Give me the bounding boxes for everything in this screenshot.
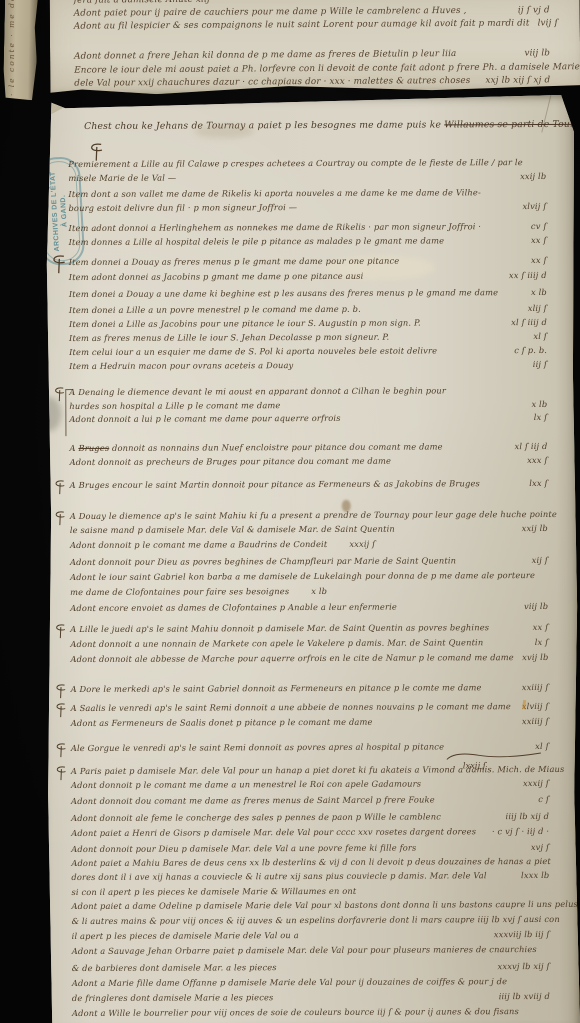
entry-text: Adont donnoit p le comant me dame a un m… [71,779,421,791]
paragraph-mark-icon [55,701,67,719]
entry-line: Adont paiet a Mahiu Bares de deus cens x… [71,856,549,868]
entry-line: A Dore le merkedi ap's le saint Gabriel … [71,682,549,694]
entry-amount: lx ſ [526,412,548,422]
entry-text: Adont donnoit p le comant me dame a Baud… [70,539,327,550]
entry-amount: xx ſ [525,622,549,632]
entry-amount: iiij lb xviij d [491,991,550,1001]
entry-text: A Douay le diemence ap's le saint Mahiu … [70,509,557,521]
entry-amount: xxiiij ſ [514,716,549,726]
entry-line: Item donei a Lille as Jacobins pour une … [69,317,547,329]
entry-line: Adont a Wille le bourrelier pour viij on… [72,1006,550,1018]
paragraph-mark-icon [55,682,67,700]
entry-amount: viij lb [516,48,550,58]
entry-line: misele Marie de le Val —xxij lb [68,171,546,183]
entry-text: Adont a Sauvage Jehan Orbarre paiet p da… [72,944,537,956]
entry-amount: iiij lb xij d [498,811,550,821]
entry-amount: c ſ p. b. [506,345,547,355]
entry-text: Ale Gorgue le venredi ap's le saint Remi… [71,741,444,753]
entry-line: A Bruges donnoit as nonnains dun Nuef en… [69,441,547,453]
entry-text: Adont au fil lespicier & ses compaignons… [74,19,530,32]
entry-text: dores dont il i ave xij hanas a couviecl… [71,870,486,882]
folded-corner [46,97,76,117]
entry-text: il apert p les pieces de damisele Marie … [72,930,299,941]
entry-amount: iij ſ [525,359,547,369]
entry-amount: xl ſ iiij d [503,317,547,327]
entry-amount: xl ſ iij d [506,441,547,451]
entry-line: dele Val pour xxij chauchures dazur · cc… [74,75,550,88]
entry-text: Adont donnoit dou comant me dame as frer… [71,794,435,806]
entry-text: Encore le iour dele mi aoust paiet a Ph.… [74,62,580,76]
entry-text: A Dore le merkedi ap's le saint Gabriel … [71,682,482,694]
entry-line: Item celui iour a un esquier me dame de … [69,345,547,357]
entry-line: Adont au fil lespicier & ses compaignons… [74,18,550,31]
entry-line: Adont a Sauvage Jehan Orbarre paiet p da… [72,944,550,956]
entry-line: Item adont donnei as Jacobins p gmant me… [69,270,547,282]
entry-amount: xxxij ſ [341,539,375,549]
entry-amount: x lb [303,586,327,596]
entry-text: Item donei a Douay a une dame ki beghine… [69,287,498,299]
entry-line: me dame de Clofontaines pour faire ses b… [70,585,548,597]
entry-amount: xxiiij ſ [514,682,549,692]
entry-text: Adont donnoit as precheurs de Bruges pou… [70,456,392,467]
paragraph-mark-icon [55,741,67,759]
entry-text: & li autres mains & pour viij onces & ii… [72,914,560,926]
entry-line: Item donnes a Lille al hospital deleis l… [69,235,547,247]
entry-amount: xx ſ [523,235,547,245]
entry-line: bourg estoit delivre dun fil · p mon sig… [68,201,546,213]
entry-amount: xxxviij lb iij ſ [486,929,550,939]
entry-text: Adont as Fermeneurs de Saalis donet p pi… [71,717,373,728]
entry-line: si con il apert p les pieces ke damisele… [71,885,549,897]
entry-text: Item a Hedruin macon pour ovrans aceteis… [69,360,293,371]
entry-text: Adont donnoit pour Dieu p damisele Mar. … [71,843,416,855]
entry-line: hurdes son hospital a Lille p le comant … [69,399,547,411]
entry-line: Adont le iour saint Gabriel kon barba a … [70,570,548,582]
entry-line: le saisne mand p damisele Mar. dele Val … [70,523,548,535]
entry-line: il apert p les pieces de damisele Marie … [72,929,550,941]
entry-text: Adont paiet pour ij paire de cauchiers p… [74,6,467,19]
entry-line: Item as freres menus de Lille le iour S.… [69,331,547,343]
entry-amount: xlviij ſ [514,701,549,711]
brace-icon [445,750,543,760]
margin-quire-letter: b. [37,475,45,484]
entry-amount: xij ſ [524,555,548,565]
paragraph-mark-icon [54,478,66,496]
entry-text: Adont encore envoiet as dames de Clofont… [70,602,397,613]
entry-line: Item a Hedruin macon pour ovrans aceteis… [69,359,547,371]
entry-line: Adont paiet a dame Odeline p damisele Ma… [71,899,549,911]
entry-text: Adont paiet a Henri de Gisors p damisele… [71,826,476,838]
entry-text: fera fait a damisele Anute xiij · [74,0,216,6]
entry-text: Adont donnoit a lui p le comant me dame … [69,413,340,424]
manuscript-photo: · le conte · me dame · fera fait a damis… [0,0,580,1023]
entry-text: Adont donnoit pour Dieu as povres beghin… [70,555,456,567]
entry-amount: x lb [523,399,547,409]
entry-amount: xxj lb xij ſ xj d [478,75,551,86]
entry-amount: viij lb [516,601,548,611]
entry-line: Adont donnoit pour Dieu p damisele Mar. … [71,842,549,854]
entry-line: A Lille le juedi ap's le saint Mahiu don… [70,622,548,634]
entry-text: Item donei a Lille as Jacobins pour une … [69,318,421,330]
entry-line: Item donnei a Douay as freres menus p le… [69,255,547,267]
entry-amount: · c vj ſ · iij d · [484,826,549,836]
entry-amount: xxxij ſ [515,778,549,788]
paragraph-mark-icon [55,764,67,782]
entry-line: Item donei a Lille a un povre menestrel … [69,303,547,315]
entry-amount: xxx ſ [519,455,548,465]
entry-text: A Lille le juedi ap's le saint Mahiu don… [70,622,489,634]
heading-struck-text: Willaumes se parti de Tournay [444,119,580,131]
entry-text: Item as freres menus de Lille le iour S.… [69,332,389,343]
entry-text: Adont donnoit a une nonnain de Markete c… [70,637,483,649]
entry-line: Adont donnoit p le comant me dame a un m… [71,778,549,790]
top-fragment-sheet: fera fait a damisele Anute xiij ·Adont p… [50,0,580,97]
entry-amount: xxij lb [512,171,546,181]
entry-line: dores dont il i ave xij hanas a couviecl… [71,870,549,882]
entry-amount: c ſ [530,794,549,804]
entry-amount: xlij ſ [520,303,547,313]
entry-text: Item donnei a Douay as freres menus p le… [69,256,400,267]
entry-line: A Saalis le venredi ap's le saint Remi d… [71,701,549,713]
entry-line: fera fait a damisele Anute xiij · [74,0,550,6]
entry-amount: xlvij ſ [514,201,546,211]
entry-line: A Douay le diemence ap's le saint Mahiu … [70,509,548,521]
entry-line: & de barbieres dont damisele Mar. a les … [72,961,550,973]
entry-amount: xx ſ [523,255,547,265]
entry-line: Adont donnoit pour Dieu as povres beghin… [70,555,548,567]
entry-amount: xvj ſ [523,842,549,852]
entry-text: Item adont donnei as Jacobins p gmant me… [69,271,364,282]
paragraph-mark-icon [54,622,66,640]
entry-text: si con il apert p les pieces ke damisele… [71,886,356,897]
entry-line: Item adont donnoi a Herlinghehem as nonn… [69,221,547,233]
struck-word: Bruges [78,443,109,453]
entry-text: Item donei a Lille a un povre menestrel … [69,304,361,315]
entry-text: Premierement a Lille au fil Calawe p cre… [68,157,523,169]
entry-text: Item dont a son vallet me dame de Rikeli… [68,187,481,199]
margin-quire-letter: d [39,601,44,610]
entry-amount: lvij ſ [530,18,558,28]
entry-amount: lxx ſ [521,478,548,488]
entry-text: Item adont donnoi a Herlinghehem as nonn… [69,221,482,233]
entry-amount: xl ſ [525,331,547,341]
entry-text: Adont a Marie fille dame Offanne p damis… [72,976,507,988]
heading-lead: Chest chou ke Jehans de Tournay a paiet … [84,119,444,132]
entry-text: Item celui iour a un esquier me dame de … [69,345,437,357]
entry-text: Adont donnoit ale feme le concherge des … [71,811,441,823]
entry-line: Adont donnoit dou comant me dame as frer… [71,794,549,806]
entry-amount: x lb [523,287,547,297]
entry-amount: ij ſ vj d [510,5,550,15]
entry-line: Adont donnoit ale abbesse de Marche pour… [70,652,548,664]
entry-text: Adont paiet a Mahiu Bares de deus cens x… [71,856,551,868]
entry-amount: xx ſ iiij d [501,270,547,280]
entry-text: A Saalis le venredi ap's le saint Remi d… [71,701,511,713]
entry-line: Adont paiet a Henri de Gisors p damisele… [71,826,549,838]
entry-amount: cv ſ [523,221,547,231]
entry-line: Adont donnoit as precheurs de Bruges pou… [70,455,548,467]
entry-text: le saisne mand p damisele Mar. dele Val … [70,524,395,535]
entry-text: bourg estoit delivre dun fil · p mon sig… [68,202,297,213]
entry-text: Adont paiet a dame Odeline p damisele Ma… [71,899,578,911]
entry-text: A Denaing le diemence devant le mi aoust… [69,385,446,397]
entry-line: Premierement a Lille au fil Calawe p cre… [68,157,546,169]
entry-text: Adont donnet a frere Jehan kil donna de … [74,49,456,62]
entry-text: de fringleres dont damisele Marie a les … [72,992,274,1003]
entry-amount: xxij lb [514,523,548,533]
entry-line: & li autres mains & pour viij onces & ii… [72,914,550,926]
entry-text: & de barbieres dont damisele Mar. a les … [72,962,277,973]
page-heading: Chest chou ke Jehans de Tournay a paiet … [84,119,580,132]
entry-text: dele Val pour xxij chauchures dazur · cc… [74,76,470,89]
entry-text: me dame de Clofontaines pour faire ses b… [70,586,289,597]
entry-line: Adont encore envoiet as dames de Clofont… [70,601,548,613]
entry-line: Adont donnet a frere Jehan kil donna de … [74,48,550,61]
entry-amount: xxxvj lb xij ſ [489,961,549,971]
entry-text: Adont donnoit ale abbesse de Marche pour… [70,652,513,664]
entry-text: Adont a Wille le bourrelier pour viij on… [72,1006,519,1018]
braced-amount: lxxij ſ [445,750,543,770]
margin-bracket [65,389,73,436]
paragraph-mark-icon [51,252,67,275]
edge-note-text: · le conte · me dame · [7,4,16,96]
entry-amount: lxxij ſ [445,760,486,770]
entry-line: Item dont a son vallet me dame de Rikeli… [68,187,546,199]
entry-amount: lxxx lb [513,870,549,880]
entry-line: Adont paiet pour ij paire de cauchiers p… [74,5,550,18]
entry-text: A Bruges donnoit as nonnains dun Nuef en… [69,441,442,453]
entry-line: Item donei a Douay a une dame ki beghine… [69,287,547,299]
entry-text: Adont le iour saint Gabriel kon barba a … [70,570,535,582]
entry-line: A Denaing le diemence devant le mi aoust… [69,385,547,397]
paragraph-mark-icon [54,509,66,527]
entry-line: A Bruges encour le saint Martin donnoit … [70,478,548,490]
entry-line: de fringleres dont damisele Marie a les … [72,991,550,1003]
entry-amount: lx ſ [527,637,549,647]
entry-line: Encore le iour dele mi aoust paiet a Ph.… [74,62,550,75]
main-manuscript-sheet: ARCHIVES DE L'ÉTAT À GAND. Chest chou ke… [44,95,580,1023]
entry-line: Adont donnoit a une nonnain de Markete c… [70,637,548,649]
entry-text: hurdes son hospital a Lille p le comant … [69,400,280,411]
entry-text: Item donnes a Lille al hospital deleis l… [69,235,445,247]
entry-text: A Bruges encour le saint Martin donnoit … [70,478,480,490]
entry-line: Adont as Fermeneurs de Saalis donet p pi… [71,716,549,728]
entry-amount: xvij lb [514,652,548,662]
paragraph-mark-icon [53,385,65,403]
entry-line: Adont donnoit ale feme le concherge des … [71,811,549,823]
entry-line: Adont a Marie fille dame Offanne p damis… [72,976,550,988]
entry-line: Adont donnoit a lui p le comant me dame … [69,412,547,424]
entry-text: misele Marie de le Val — [68,173,176,183]
entry-line: Adont donnoit p le comant me dame a Baud… [70,538,548,550]
